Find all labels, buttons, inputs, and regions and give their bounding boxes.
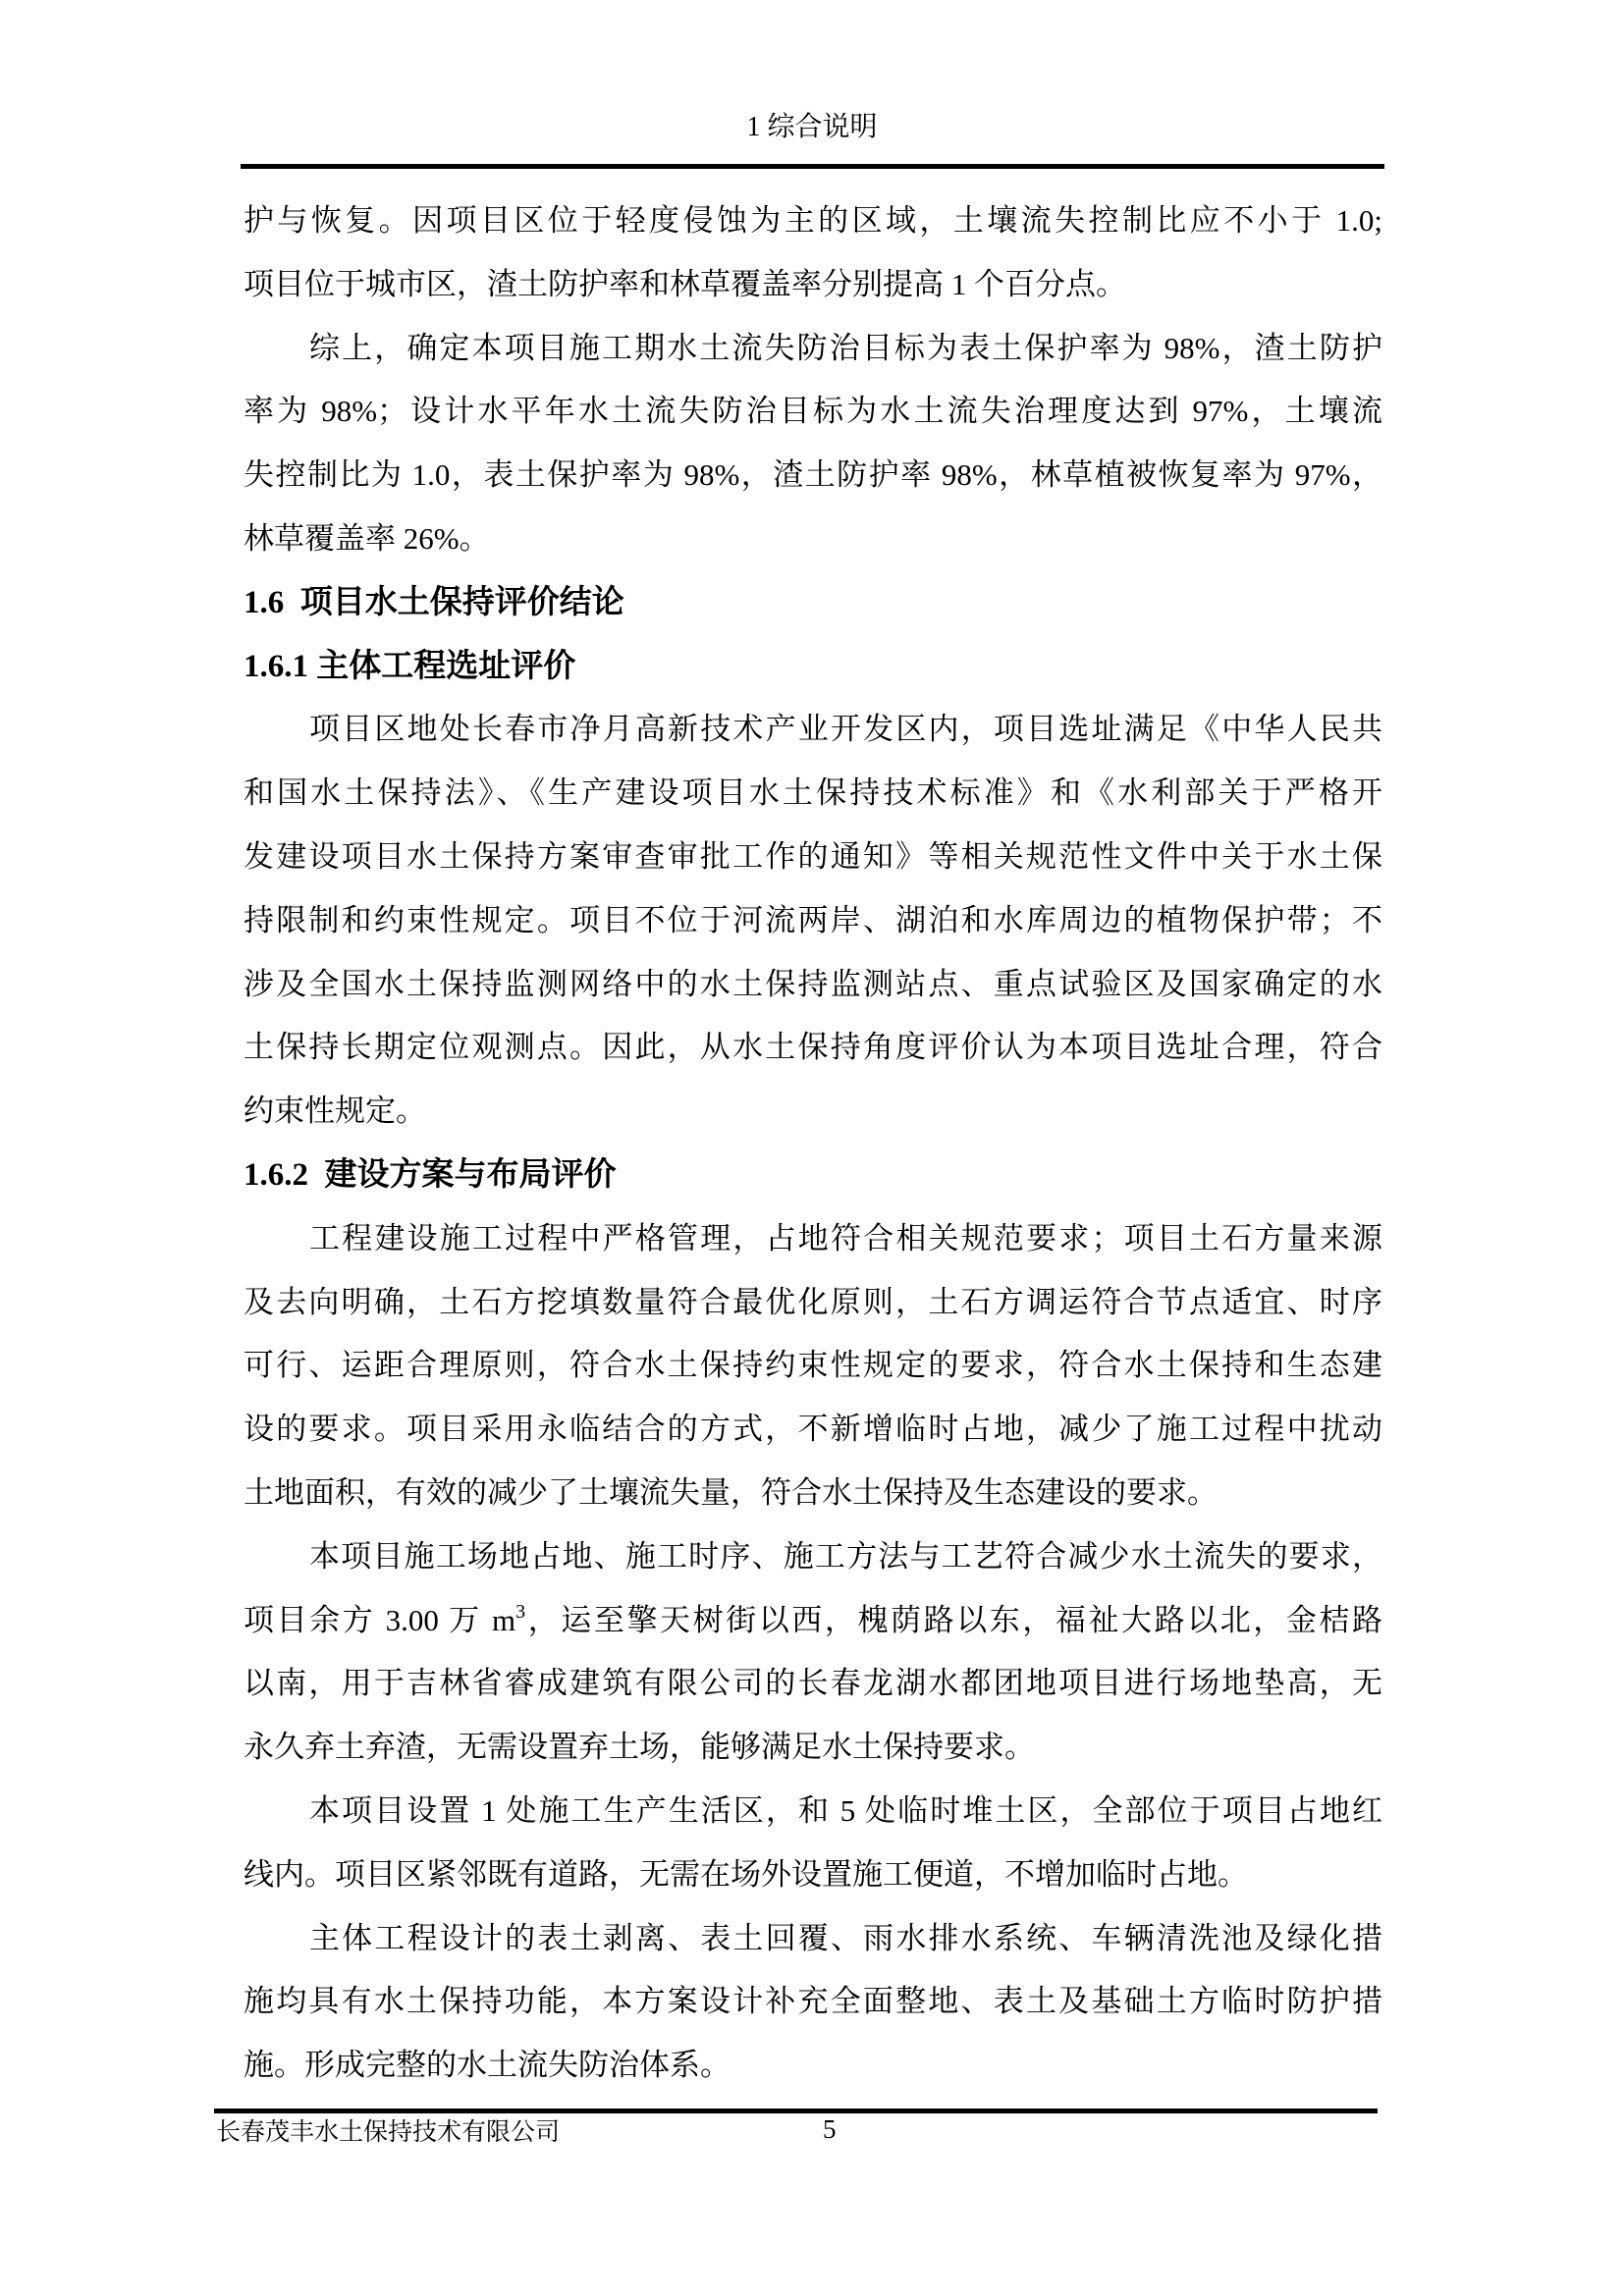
text-line: 综上，确定本项目施工期水土流失防治目标为表土保护率为 98%，渣土防护 (244, 317, 1382, 381)
paragraph: 项目区地处长春市净月高新技术产业开发区内，项目选址满足《中华人民共和国水土保持法… (244, 698, 1382, 1144)
section-heading: 1.6.1 主体工程选址评价 (244, 635, 1382, 699)
text-line: 项目位于城市区，渣土防护率和林草覆盖率分别提高 1 个百分点。 (244, 253, 1382, 317)
text-line: 及去向明确，土石方挖填数量符合最优化原则，土石方调运符合节点适宜、时序 (244, 1271, 1382, 1335)
text-line: 约束性规定。 (244, 1080, 1382, 1144)
text-line: 土保持长期定位观测点。因此，从水土保持角度评价认为本项目选址合理，符合 (244, 1016, 1382, 1080)
text-line: 护与恢复。因项目区位于轻度侵蚀为主的区域，土壤流失控制比应不小于 1.0; (244, 189, 1382, 253)
text-line: 可行、运距合理原则，符合水土保持约束性规定的要求，符合水土保持和生态建 (244, 1334, 1382, 1398)
superscript: 3 (515, 1601, 525, 1623)
text-line: 以南，用于吉林省睿成建筑有限公司的长春龙湖水都团地项目进行场地垫高，无 (244, 1652, 1382, 1716)
page-number: 5 (823, 2112, 837, 2146)
text-line: 项目余方 3.00 万 m3，运至擎天树街以西，槐荫路以东，福祉大路以北，金桔路 (244, 1589, 1382, 1653)
text-segment: ，运至擎天树街以西，槐荫路以东，福祉大路以北，金桔路 (525, 1603, 1382, 1637)
text-line: 本项目设置 1 处施工生产生活区，和 5 处临时堆土区，全部位于项目占地红 (244, 1780, 1382, 1843)
footer-rule (214, 2109, 1378, 2113)
document-body: 护与恢复。因项目区位于轻度侵蚀为主的区域，土壤流失控制比应不小于 1.0;项目位… (244, 189, 1382, 2098)
text-line: 施均具有水土保持功能，本方案设计补充全面整地、表土及基础土方临时防护措 (244, 1970, 1382, 2034)
paragraph: 本项目施工场地占地、施工时序、施工方法与工艺符合减少水土流失的要求，项目余方 3… (244, 1525, 1382, 1780)
text-line: 项目区地处长春市净月高新技术产业开发区内，项目选址满足《中华人民共 (244, 698, 1382, 762)
text-line: 土地面积，有效的减少了土壤流失量，符合水土保持及生态建设的要求。 (244, 1462, 1382, 1525)
text-line: 失控制比为 1.0，表土保护率为 98%，渣土防护率 98%，林草植被恢复率为 … (244, 444, 1382, 507)
text-line: 主体工程设计的表土剥离、表土回覆、雨水排水系统、车辆清洗池及绿化措 (244, 1907, 1382, 1971)
paragraph: 护与恢复。因项目区位于轻度侵蚀为主的区域，土壤流失控制比应不小于 1.0;项目位… (244, 189, 1382, 317)
section-heading: 1.6 项目水土保持评价结论 (244, 571, 1382, 635)
text-line: 涉及全国水土保持监测网络中的水土保持监测站点、重点试验区及国家确定的水 (244, 953, 1382, 1017)
header-rule (241, 164, 1384, 169)
text-line: 永久弃土弃渣，无需设置弃土场，能够满足水土保持要求。 (244, 1716, 1382, 1780)
text-line: 工程建设施工过程中严格管理，占地符合相关规范要求；项目土石方量来源 (244, 1207, 1382, 1271)
paragraph: 主体工程设计的表土剥离、表土回覆、雨水排水系统、车辆清洗池及绿化措施均具有水土保… (244, 1907, 1382, 2098)
text-line: 发建设项目水土保持方案审查审批工作的通知》等相关规范性文件中关于水土保 (244, 826, 1382, 889)
text-line: 和国水土保持法》、《生产建设项目水土保持技术标准》和《水利部关于严格开 (244, 762, 1382, 826)
document-page: 1 综合说明 护与恢复。因项目区位于轻度侵蚀为主的区域，土壤流失控制比应不小于 … (0, 0, 1624, 2296)
text-segment: 项目余方 3.00 万 m (244, 1603, 515, 1637)
section-heading: 1.6.2 建设方案与布局评价 (244, 1144, 1382, 1207)
paragraph: 工程建设施工过程中严格管理，占地符合相关规范要求；项目土石方量来源及去向明确，土… (244, 1207, 1382, 1525)
text-line: 持限制和约束性规定。项目不位于河流两岸、湖泊和水库周边的植物保护带；不 (244, 889, 1382, 953)
paragraph: 本项目设置 1 处施工生产生活区，和 5 处临时堆土区，全部位于项目占地红线内。… (244, 1780, 1382, 1907)
paragraph: 综上，确定本项目施工期水土流失防治目标为表土保护率为 98%，渣土防护率为 98… (244, 317, 1382, 571)
text-line: 设的要求。项目采用永临结合的方式，不新增临时占地，减少了施工过程中扰动 (244, 1398, 1382, 1462)
footer-company: 长春茂丰水土保持技术有限公司 (216, 2117, 560, 2149)
header-title: 1 综合说明 (0, 110, 1624, 145)
text-line: 施。形成完整的水土流失防治体系。 (244, 2034, 1382, 2098)
text-line: 本项目施工场地占地、施工时序、施工方法与工艺符合减少水土流失的要求， (244, 1525, 1382, 1589)
text-line: 率为 98%；设计水平年水土流失防治目标为水土流失治理度达到 97%，土壤流 (244, 380, 1382, 444)
text-line: 线内。项目区紧邻既有道路，无需在场外设置施工便道，不增加临时占地。 (244, 1843, 1382, 1907)
text-line: 林草覆盖率 26%。 (244, 507, 1382, 571)
